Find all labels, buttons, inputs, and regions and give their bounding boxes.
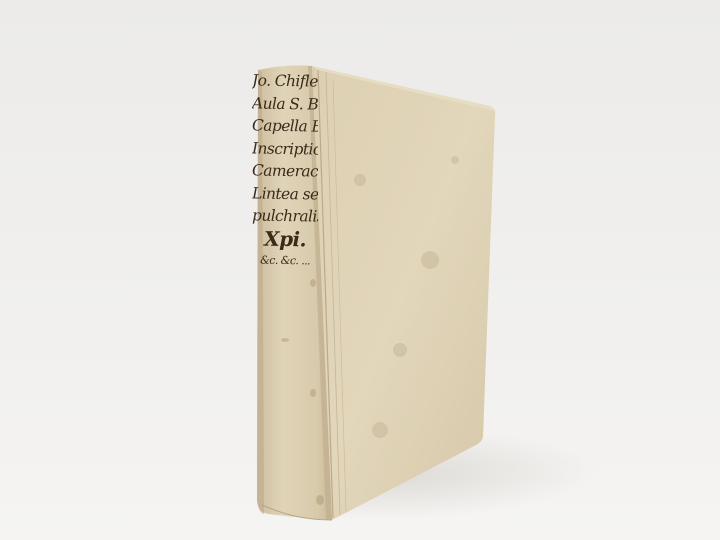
spine-line: Xpi. <box>252 227 318 251</box>
spine-line: Inscription. <box>252 137 318 161</box>
spine-line: &c. &c. ... <box>252 249 318 273</box>
spine-line: Jo. Chifletii <box>252 69 318 93</box>
spine-line: Capella Brux: <box>252 114 318 138</box>
spine-title: Jo. Chifletii Aula S. Belgii Capella Bru… <box>252 69 318 273</box>
spine-line: Aula S. Belgii <box>252 92 318 116</box>
spine-line: Lintea se- <box>252 182 318 206</box>
spine-line: Cameracen. <box>252 159 318 183</box>
spine-line: pulchralis <box>252 204 318 228</box>
photo-scene: Jo. Chifletii Aula S. Belgii Capella Bru… <box>0 0 720 540</box>
book-illustration <box>0 0 720 540</box>
